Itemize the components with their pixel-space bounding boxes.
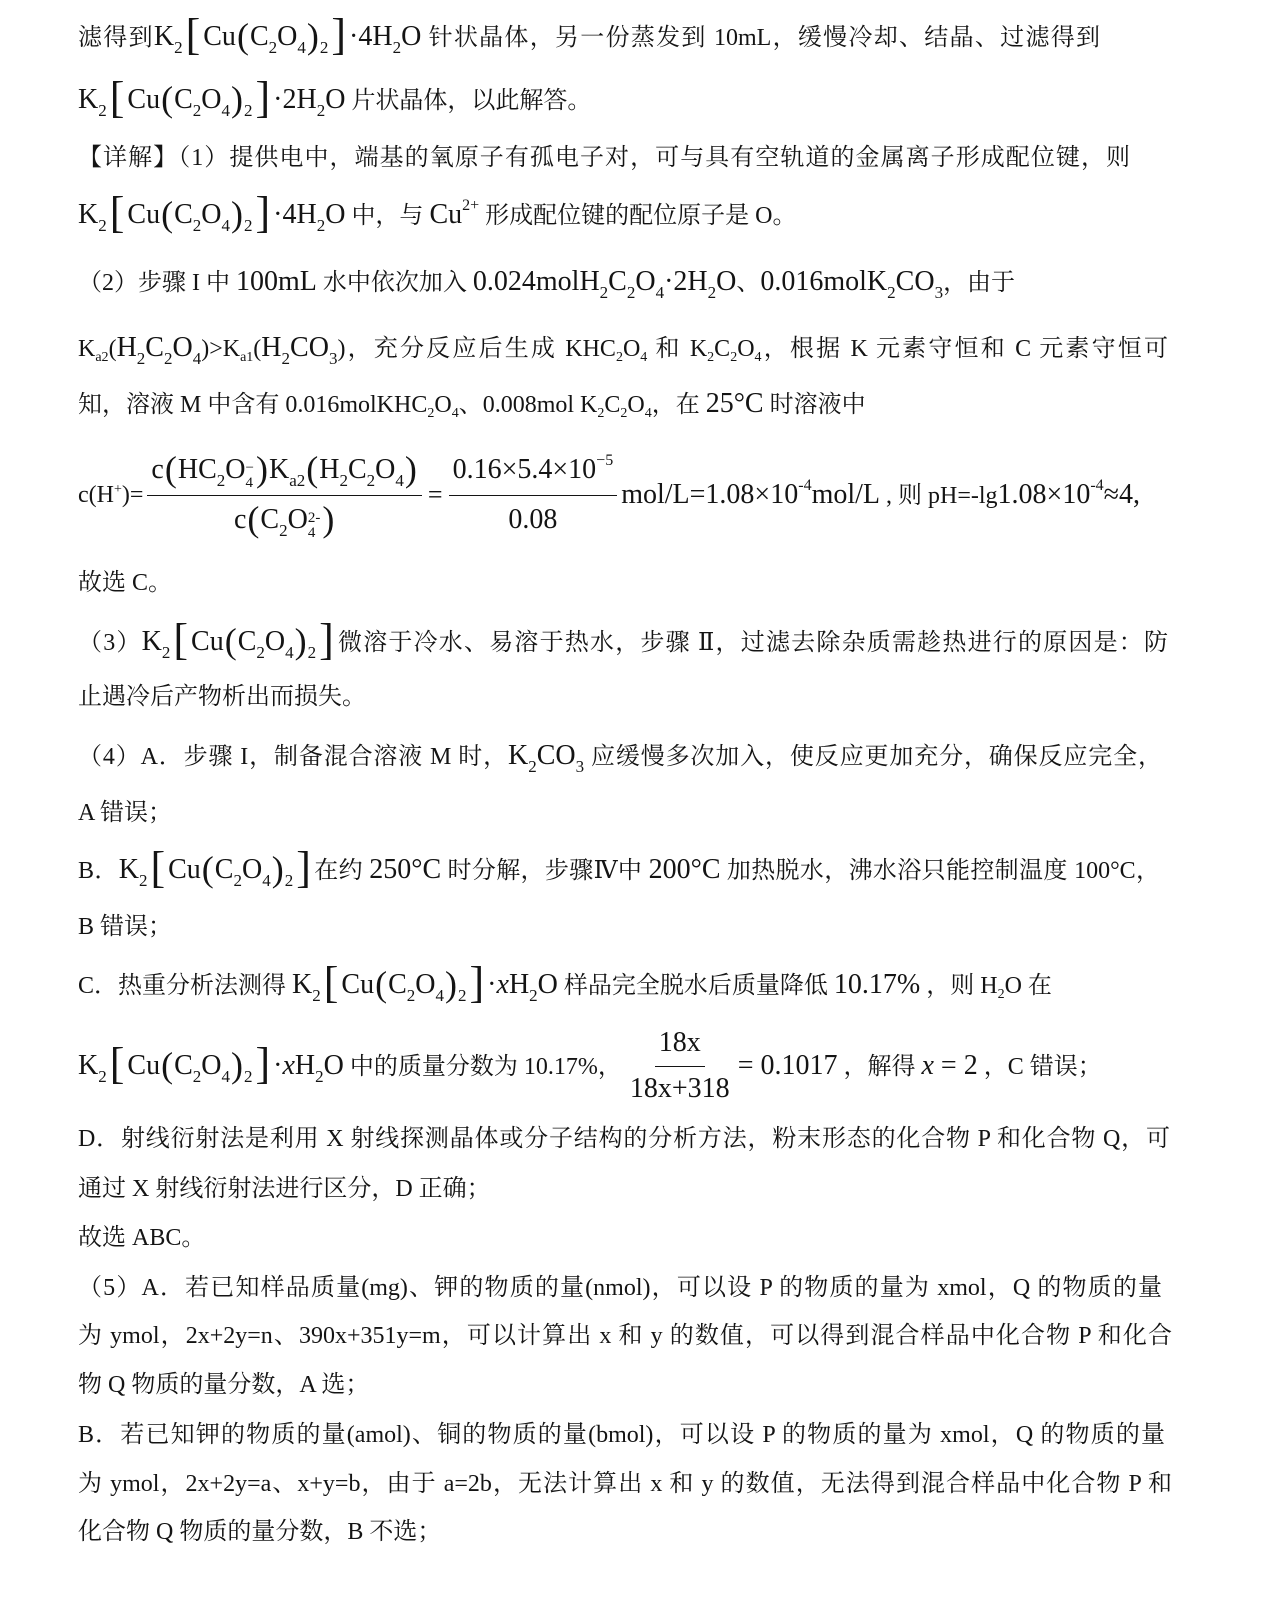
text-run: )=	[122, 482, 144, 508]
superscript: −5	[596, 452, 613, 469]
text-run: Cu	[168, 854, 201, 885]
text-run: )>K	[201, 336, 240, 362]
text-run: （2）步骤 I 中	[78, 270, 236, 296]
text-run: D．射线衍射法是利用 X 射线探测晶体或分子结构的分析方法，粉末形态的化合物 P…	[78, 1126, 1170, 1152]
bracket: [	[110, 188, 125, 237]
superscript: 2-	[308, 511, 321, 526]
subscript: 2	[162, 643, 171, 662]
text-run: Cu	[341, 969, 374, 1000]
subscript: 2	[233, 871, 242, 890]
text-run: O	[737, 336, 754, 362]
text-run: C	[215, 854, 234, 885]
fraction-numerator: 18x	[655, 1021, 705, 1067]
text-run: O	[623, 336, 640, 362]
text-run: 18x	[659, 1027, 701, 1058]
text-run: , 则 pH=-lg	[880, 483, 998, 509]
text-run: 水中依次加入	[317, 270, 473, 296]
parenthesis: (	[161, 1045, 173, 1085]
paragraph-line: 化合物 Q 物质的量分数，B 不选；	[78, 1510, 441, 1554]
text-run: 针状晶体，另一份蒸发到 10mL，缓慢冷却、结晶、过滤得到	[421, 25, 1100, 51]
text-run: Cu	[429, 199, 462, 230]
equation-lhs: c(H+)=	[78, 473, 143, 517]
text-run: O	[401, 21, 421, 52]
paragraph-line: B 错误；	[78, 905, 172, 949]
text-run: 故选 ABC。	[78, 1225, 205, 1251]
subscript: 2	[217, 471, 226, 490]
text-run: 形成配位键的配位原子是 O。	[479, 203, 796, 229]
subscript: a2	[289, 471, 305, 490]
text-run: 知，溶液 M 中含有 0.016molKHC	[78, 392, 427, 418]
bracket: [	[150, 843, 165, 892]
subscript: 2	[315, 1067, 324, 1086]
subscript: 2	[308, 643, 317, 662]
subscript: 2	[708, 283, 717, 302]
subscript: 2	[600, 283, 609, 302]
paragraph-line: 止遇冷后产物析出而损失。	[78, 675, 366, 719]
subscript: 3	[576, 757, 585, 776]
subscript: 2	[244, 216, 253, 235]
paragraph-line: 滤得到K2[Cu(C2O4)2]·4H2O 针状晶体，另一份蒸发到 10mL，缓…	[78, 15, 1100, 59]
subscript: 2	[282, 349, 291, 368]
text-run: 0.024molH	[473, 266, 600, 297]
text-run: B 错误；	[78, 914, 172, 940]
parenthesis: )	[322, 499, 334, 539]
subscript: 2	[317, 101, 326, 120]
text-run: O	[201, 199, 221, 230]
text-run: 时分解，步骤Ⅳ中	[441, 858, 648, 884]
text-run: C	[714, 336, 730, 362]
equals-sign: =	[428, 480, 443, 510]
bracket: [	[324, 958, 339, 1007]
sub-superscript: −4	[246, 461, 254, 491]
subscript: 2	[887, 283, 896, 302]
subscript: 2	[320, 38, 329, 57]
subscript: 2	[339, 471, 348, 490]
subscript: 4	[222, 216, 231, 235]
text-run: K	[78, 199, 98, 230]
parenthesis: (	[375, 964, 387, 1004]
text-run: CO	[896, 266, 935, 297]
text-run: = 0.1017	[738, 1050, 838, 1081]
text-run: 25°C	[706, 388, 764, 419]
paragraph-line: 故选 C。	[78, 561, 172, 605]
parenthesis: (	[237, 16, 249, 56]
text-run: O	[288, 504, 308, 535]
subscript: 2	[458, 986, 467, 1005]
text-run: K	[508, 740, 528, 771]
text-run: 时溶液中	[764, 392, 866, 418]
subscript: 4	[395, 471, 404, 490]
text-run: O	[627, 392, 644, 418]
text-run: 片状晶体，以此解答。	[345, 88, 591, 114]
text-run: ·2H	[273, 84, 317, 115]
text-run: H	[261, 332, 281, 363]
paragraph-line: 故选 ABC。	[78, 1216, 205, 1260]
text-run: C	[604, 392, 620, 418]
text-run: O	[375, 454, 395, 485]
text-run: 物 Q 物质的量分数，A 选；	[78, 1372, 369, 1398]
superscript: +	[114, 482, 122, 497]
subscript: 4	[297, 38, 306, 57]
paragraph-line: （3）K2[Cu(C2O4)2]微溶于冷水、易溶于热水，步骤 Ⅱ，过滤去除杂质需…	[78, 620, 1168, 664]
text-run: 样品完全脱水后质量降低	[558, 973, 834, 999]
text-run: C	[174, 199, 193, 230]
paragraph-line: C．热重分析法测得 K2[Cu(C2O4)2]·xH2O 样品完全脱水后质量降低…	[78, 963, 1052, 1007]
subscript: 2	[174, 38, 183, 57]
subscript: 4	[755, 350, 762, 365]
text-run: K	[154, 21, 174, 52]
text-run: 250°C	[369, 854, 441, 885]
text-run: x	[282, 1050, 294, 1081]
text-run: C	[608, 266, 627, 297]
text-run: O	[716, 266, 736, 297]
subscript: 4	[246, 476, 254, 491]
text-run: O	[434, 392, 451, 418]
text-run: 在约	[314, 858, 369, 884]
subscript: 2	[256, 643, 265, 662]
text-run: 滤得到	[78, 25, 154, 51]
text-run: 、0.008mol K	[459, 392, 598, 418]
text-run: 0.016molK	[760, 266, 887, 297]
text-run: x	[497, 969, 509, 1000]
text-run: C	[260, 504, 279, 535]
text-run: ，由于	[943, 270, 1015, 296]
text-run: 中，与	[345, 203, 429, 229]
subscript: 2	[285, 871, 294, 890]
text-run: mol/L=1.08×10	[621, 479, 798, 510]
subscript: 4	[452, 406, 459, 421]
subscript: 4	[285, 643, 294, 662]
paragraph-line: 物 Q 物质的量分数，A 选；	[78, 1363, 369, 1407]
text-run: O	[324, 1050, 344, 1081]
paragraph-line: D．射线衍射法是利用 X 射线探测晶体或分子结构的分析方法，粉末形态的化合物 P…	[78, 1117, 1170, 1161]
parenthesis: (	[165, 449, 177, 489]
bracket: [	[173, 615, 188, 664]
sub-superscript: 2-4	[308, 511, 321, 541]
subscript: 4	[222, 101, 231, 120]
text-run: O	[538, 969, 558, 1000]
text-run: O	[225, 454, 245, 485]
text-run: O 在	[1005, 973, 1052, 999]
parenthesis: )	[307, 16, 319, 56]
fraction-denominator: 0.08	[504, 496, 561, 545]
subscript: 2	[244, 1067, 253, 1086]
subscript: 2	[279, 521, 288, 540]
text-run: B．	[78, 858, 119, 884]
text-run: O	[325, 199, 345, 230]
paragraph-line: 通过 X 射线衍射法进行区分，D 正确；	[78, 1167, 491, 1211]
text-run: 200°C	[649, 854, 721, 885]
parenthesis: (	[306, 449, 318, 489]
text-run: O	[201, 84, 221, 115]
text-run: O	[242, 854, 262, 885]
paragraph-line: Ka2(H2C2O4)>Ka1(H2CO3)，充分反应后生成 KHC2O4 和 …	[78, 326, 1168, 370]
text-run: 10.17%	[834, 969, 920, 1000]
text-run: 化合物 Q 物质的量分数，B 不选；	[78, 1519, 441, 1545]
parenthesis: )	[231, 79, 243, 119]
subscript: 2	[529, 986, 538, 1005]
subscript: 4	[645, 406, 652, 421]
parenthesis: (	[161, 79, 173, 119]
parenthesis: )	[256, 449, 268, 489]
bracket: ]	[256, 1039, 271, 1088]
text-run: K	[269, 454, 289, 485]
subscript: 2	[528, 757, 537, 776]
equation-lhs: K2[Cu(C2O4)2]·xH2O 中的质量分数为 10.17%，	[78, 1044, 622, 1089]
text-run: c(H	[78, 482, 114, 508]
text-run: Cu	[191, 626, 224, 657]
text-run: c	[234, 504, 246, 535]
subscript: 2	[193, 216, 202, 235]
paragraph-line: K2[Cu(C2O4)2]·4H2O 中，与 Cu2+ 形成配位键的配位原子是 …	[78, 193, 797, 237]
equation-rhs: mol/L=1.08×10-4mol/L , 则 pH=-lg1.08×10-4…	[621, 473, 1140, 518]
text-run: Cu	[127, 84, 160, 115]
subscript: 2	[193, 1067, 202, 1086]
text-run: （5）A．若已知样品质量(mg)、钾的物质的量(nmol)，可以设 P 的物质的…	[78, 1275, 1162, 1301]
bracket: ]	[296, 843, 311, 892]
text-run: H	[295, 1050, 315, 1081]
fraction-ka-expression: c(HC2O−4)Ka2(H2C2O4) c(C2O2-4)	[147, 446, 421, 545]
paragraph-line: B．若已知钾的物质的量(amol)、铜的物质的量(bmol)，可以设 P 的物质…	[78, 1413, 1165, 1457]
text-run: O	[201, 1050, 221, 1081]
subscript: 4	[222, 1067, 231, 1086]
text-run: O	[325, 84, 345, 115]
text-run: Cu	[127, 1050, 160, 1081]
subscript: 2	[244, 101, 253, 120]
text-run: ，C 错误；	[978, 1054, 1102, 1080]
text-run: C	[145, 332, 164, 363]
superscript: −	[246, 461, 254, 476]
equation-water-fraction: K2[Cu(C2O4)2]·xH2O 中的质量分数为 10.17%， 18x 1…	[78, 1020, 1102, 1112]
text-run: ·2H	[664, 266, 708, 297]
bracket: [	[186, 10, 201, 59]
text-run: ，则 H	[920, 973, 997, 999]
parenthesis: )	[295, 621, 307, 661]
text-run: 0.08	[508, 504, 557, 535]
text-run: 为 ymol，2x+2y=a、x+y=b，由于 a=2b，无法计算出 x 和 y…	[78, 1471, 1172, 1497]
subscript: 4	[262, 871, 271, 890]
parenthesis: )	[231, 1045, 243, 1085]
text-run: ，解得	[837, 1054, 921, 1080]
text-run: H	[117, 332, 137, 363]
text-run: CO	[290, 332, 329, 363]
text-run: O	[265, 626, 285, 657]
text-run: C	[250, 21, 269, 52]
text-run: C	[348, 454, 367, 485]
bracket: [	[110, 73, 125, 122]
fraction-mass-ratio: 18x 18x+318	[626, 1021, 734, 1112]
paragraph-line: （4）A．步骤 I，制备混合溶液 M 时，K2CO3 应缓慢多次加入，使反应更加…	[78, 734, 1162, 778]
text-run: ·	[487, 969, 496, 1000]
text-run: B．若已知钾的物质的量(amol)、铜的物质的量(bmol)，可以设 P 的物质…	[78, 1422, 1165, 1448]
text-run: 为 ymol，2x+2y=n、390x+351y=m，可以计算出 x 和 y 的…	[78, 1323, 1172, 1349]
subscript: 4	[656, 283, 665, 302]
paragraph-line: 为 ymol，2x+2y=a、x+y=b，由于 a=2b，无法计算出 x 和 y…	[78, 1462, 1172, 1506]
text-run: O	[415, 969, 435, 1000]
text-run: CO	[537, 740, 576, 771]
text-run: 加热脱水，沸水浴只能控制温度 100°C，	[721, 858, 1161, 884]
parenthesis: )	[445, 964, 457, 1004]
parenthesis: (	[161, 194, 173, 234]
subscript: 2	[98, 216, 107, 235]
text-run: 应缓慢多次加入，使反应更加充分，确保反应完全，	[584, 744, 1162, 770]
bracket: ]	[256, 73, 271, 122]
fraction-numerator: c(HC2O−4)Ka2(H2C2O4)	[147, 446, 421, 496]
text-run: 100mL	[236, 266, 317, 297]
fraction-numerator: 0.16×5.4×10−5	[449, 446, 618, 496]
subscript: 2	[312, 986, 321, 1005]
subscript: 2	[98, 101, 107, 120]
parenthesis: )	[272, 849, 284, 889]
parenthesis: (	[247, 499, 259, 539]
paragraph-line: 知，溶液 M 中含有 0.016molKHC2O4、0.008mol K2C2O…	[78, 382, 866, 426]
subscript: a2	[95, 350, 108, 365]
paragraph-line: K2[Cu(C2O4)2]·2H2O 片状晶体，以此解答。	[78, 78, 591, 122]
text-run: (	[109, 336, 117, 362]
subscript: a1	[240, 350, 253, 365]
subscript: 2	[616, 350, 623, 365]
text-run: C	[238, 626, 257, 657]
text-run: mol/L	[812, 479, 880, 510]
text-run: ·4H	[273, 199, 317, 230]
superscript: 2+	[462, 197, 479, 214]
subscript: 2	[317, 216, 326, 235]
text-run: )，充分反应后生成 KHC	[337, 336, 616, 362]
text-run: C	[174, 84, 193, 115]
paragraph-line: 为 ymol，2x+2y=n、390x+351y=m，可以计算出 x 和 y 的…	[78, 1314, 1172, 1358]
equation-rhs: = 0.1017 ，解得 x = 2 ，C 错误；	[738, 1044, 1102, 1089]
paragraph-line: B．K2[Cu(C2O4)2]在约 250°C 时分解，步骤Ⅳ中 200°C 加…	[78, 848, 1160, 892]
text-run: 通过 X 射线衍射法进行区分，D 正确；	[78, 1176, 491, 1202]
subscript: 2	[998, 987, 1005, 1002]
text-run: O	[635, 266, 655, 297]
parenthesis: )	[231, 194, 243, 234]
text-run: ≈4,	[1104, 479, 1140, 510]
fraction-denominator: c(C2O2-4)	[230, 496, 339, 545]
bracket: ]	[319, 615, 334, 664]
equation-hydrogen-ion-concentration: c(H+)= c(HC2O−4)Ka2(H2C2O4) c(C2O2-4) = …	[78, 445, 1140, 545]
text-run: （4）A．步骤 I，制备混合溶液 M 时，	[78, 744, 508, 770]
text-run: K	[142, 626, 162, 657]
subscript: 2	[367, 471, 376, 490]
bracket: ]	[331, 10, 346, 59]
paragraph-line: （5）A．若已知样品质量(mg)、钾的物质的量(nmol)，可以设 P 的物质的…	[78, 1266, 1162, 1310]
superscript: -4	[1090, 477, 1103, 494]
subscript: 3	[935, 283, 944, 302]
subscript: 4	[308, 526, 321, 541]
text-run: HC	[178, 454, 217, 485]
paragraph-line: （2）步骤 I 中 100mL 水中依次加入 0.024molH2C2O4·2H…	[78, 260, 1015, 304]
text-run: C	[174, 1050, 193, 1081]
text-run: C．热重分析法测得	[78, 973, 292, 999]
text-run: K	[292, 969, 312, 1000]
text-run: ，根据 K 元素守恒和 C 元素守恒可	[762, 336, 1168, 362]
superscript: -4	[798, 477, 811, 494]
text-run: Cu	[127, 199, 160, 230]
text-run: ·4H	[349, 21, 393, 52]
text-run: K	[78, 336, 95, 362]
text-run: O	[277, 21, 297, 52]
paragraph-line: 【详解】（1）提供电中，端基的氧原子有孤电子对，可与具有空轨道的金属离子形成配位…	[78, 136, 1130, 180]
text-run: C	[388, 969, 407, 1000]
subscript: 2	[193, 101, 202, 120]
bracket: ]	[256, 188, 271, 237]
text-run: Cu	[203, 21, 236, 52]
text-run: c	[151, 454, 163, 485]
text-run: = 2	[934, 1050, 978, 1081]
text-run: 、	[736, 270, 760, 296]
text-run: 1.08×10	[998, 479, 1091, 510]
subscript: 2	[269, 38, 278, 57]
subscript: 2	[139, 871, 148, 890]
text-run: x	[921, 1050, 933, 1081]
subscript: 4	[193, 349, 202, 368]
text-run: 18x+318	[630, 1073, 730, 1104]
fraction-numeric: 0.16×5.4×10−5 0.08	[449, 446, 618, 545]
fraction-denominator: 18x+318	[626, 1067, 734, 1112]
text-run: 和 K	[647, 336, 707, 362]
text-run: H	[319, 454, 339, 485]
text-run: K	[119, 854, 139, 885]
subscript: 4	[436, 986, 445, 1005]
text-run: 止遇冷后产物析出而损失。	[78, 684, 366, 710]
bracket: ]	[470, 958, 485, 1007]
text-run: 0.16×5.4×10	[453, 454, 597, 485]
text-run: ，在	[652, 392, 706, 418]
subscript: 2	[98, 1067, 107, 1086]
text-run: 微溶于冷水、易溶于热水，步骤 Ⅱ，过滤去除杂质需趁热进行的原因是：防	[337, 630, 1168, 656]
text-run: 【详解】（1）提供电中，端基的氧原子有孤电子对，可与具有空轨道的金属离子形成配位…	[78, 145, 1130, 171]
parenthesis: (	[202, 849, 214, 889]
paragraph-line: A 错误；	[78, 791, 172, 835]
text-run: H	[509, 969, 529, 1000]
subscript: 2	[393, 38, 402, 57]
text-run: O	[172, 332, 192, 363]
parenthesis: (	[225, 621, 237, 661]
text-run: K	[78, 84, 98, 115]
bracket: [	[110, 1039, 125, 1088]
subscript: 2	[407, 986, 416, 1005]
text-run: A 错误；	[78, 800, 172, 826]
text-run: （3）	[78, 630, 142, 656]
text-run: 中的质量分数为 10.17%，	[344, 1054, 622, 1080]
text-run: K	[78, 1050, 98, 1081]
parenthesis: )	[405, 449, 417, 489]
text-run: 故选 C。	[78, 570, 172, 596]
